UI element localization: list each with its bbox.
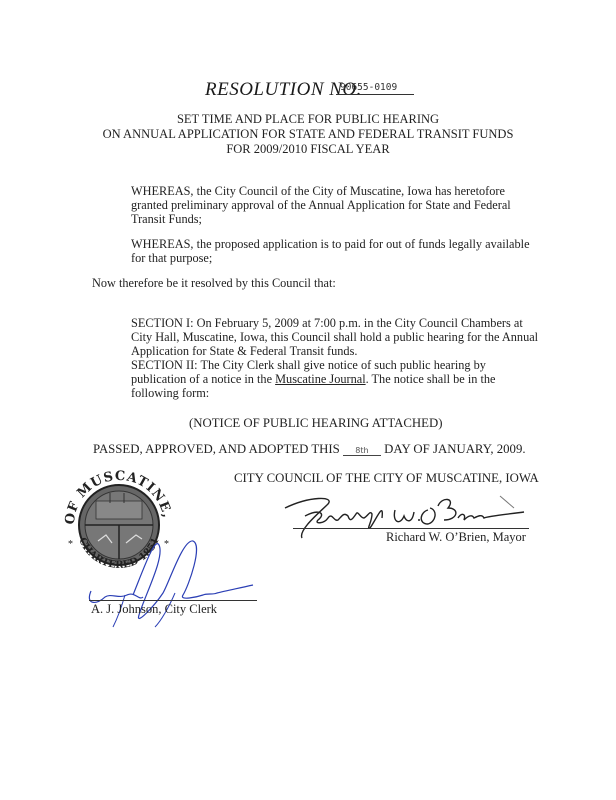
- muscatine-journal: Muscatine Journal: [275, 372, 366, 386]
- passed-pre: PASSED, APPROVED, AND ADOPTED THIS: [93, 442, 343, 456]
- section-1-line-3: Application for State & Federal Transit …: [131, 344, 538, 358]
- section-1-line-1: SECTION I: On February 5, 2009 at 7:00 p…: [131, 316, 538, 330]
- clerk-signature-line: [89, 600, 257, 601]
- clerk-name: A. J. Johnson, City Clerk: [91, 602, 217, 616]
- heading-line-1: SET TIME AND PLACE FOR PUBLIC HEARING: [0, 112, 616, 127]
- section-2-line-2-pre: publication of a notice in the: [131, 372, 275, 386]
- section-2-line-1: SECTION II: The City Clerk shall give no…: [131, 358, 496, 372]
- passed-post: DAY OF JANUARY, 2009.: [381, 442, 526, 456]
- section-2-line-2: publication of a notice in the Muscatine…: [131, 372, 496, 386]
- passed-statement: PASSED, APPROVED, AND ADOPTED THIS 8th D…: [93, 442, 526, 456]
- council-heading: CITY COUNCIL OF THE CITY OF MUSCATINE, I…: [234, 471, 539, 485]
- resolution-number: 90655-0109: [336, 82, 414, 95]
- heading-line-3: FOR 2009/2010 FISCAL YEAR: [0, 142, 616, 157]
- mayor-signature-line: [293, 528, 529, 529]
- seal-star-left: *: [68, 539, 73, 550]
- whereas-1-line-1: WHEREAS, the City Council of the City of…: [131, 184, 511, 198]
- whereas-2: WHEREAS, the proposed application is to …: [131, 237, 530, 265]
- whereas-1-line-3: Transit Funds;: [131, 212, 511, 226]
- notice-attached: (NOTICE OF PUBLIC HEARING ATTACHED): [189, 416, 442, 430]
- resolved-statement: Now therefore be it resolved by this Cou…: [92, 276, 336, 290]
- whereas-2-line-1: WHEREAS, the proposed application is to …: [131, 237, 530, 251]
- whereas-1: WHEREAS, the City Council of the City of…: [131, 184, 511, 226]
- section-2-line-2-post: . The notice shall be in the: [366, 372, 496, 386]
- mayor-name: Richard W. O’Brien, Mayor: [386, 530, 526, 544]
- passed-day: 8th: [343, 446, 381, 456]
- heading-line-2: ON ANNUAL APPLICATION FOR STATE AND FEDE…: [0, 127, 616, 142]
- section-1: SECTION I: On February 5, 2009 at 7:00 p…: [131, 316, 538, 358]
- section-1-line-2: City Hall, Muscatine, Iowa, this Council…: [131, 330, 538, 344]
- section-2: SECTION II: The City Clerk shall give no…: [131, 358, 496, 400]
- section-2-line-3: following form:: [131, 386, 496, 400]
- whereas-1-line-2: granted preliminary approval of the Annu…: [131, 198, 511, 212]
- whereas-2-line-2: for that purpose;: [131, 251, 530, 265]
